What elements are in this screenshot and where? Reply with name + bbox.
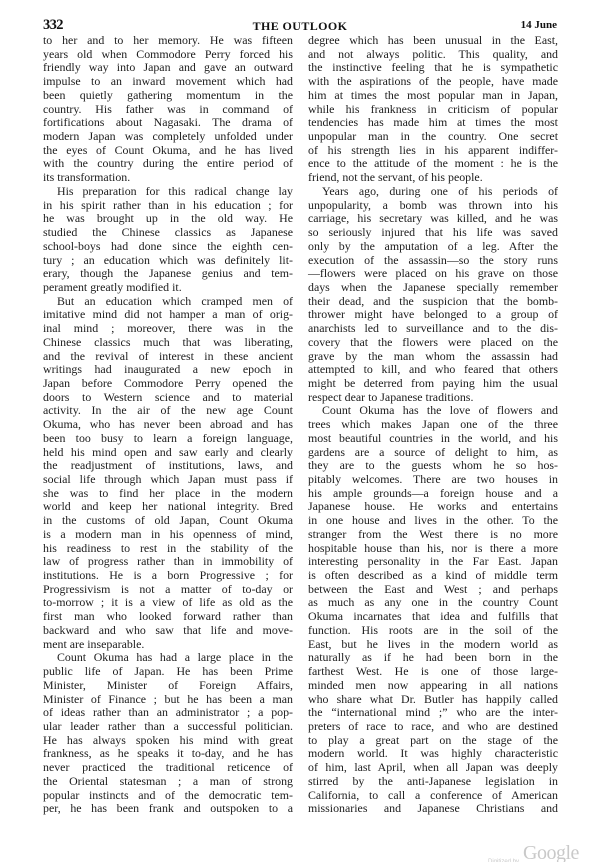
- text-line: law of progress rather than in immobilit…: [43, 555, 293, 569]
- text-line: the instinctive feeling that he is sympa…: [308, 61, 558, 75]
- text-line: per, he has been frank and outspoken to …: [43, 802, 293, 816]
- text-line: ence to the attitude of the moment : he …: [308, 157, 558, 171]
- text-line: who share what Dr. Butler has happily ca…: [308, 693, 558, 707]
- digitized-watermark: Digitized by Google: [488, 842, 579, 862]
- text-line: East, but he lives in the modern world a…: [308, 638, 558, 652]
- text-line: most beautiful countries in the world, a…: [308, 432, 558, 446]
- text-line: public life of Japan. He has been Prime: [43, 665, 293, 679]
- text-line: Progressivism is not a matter of to-day …: [43, 583, 293, 597]
- journal-title: THE OUTLOOK: [43, 19, 557, 34]
- text-line: his ample grounds—a foreign house and a: [308, 487, 558, 501]
- text-line: impulse to an inward movement which had: [43, 75, 293, 89]
- text-line: world and keep her national integrity. B…: [43, 500, 293, 514]
- text-line: is often described as a kind of middle t…: [308, 569, 558, 583]
- text-line: grave by the man whom the assassin had: [308, 350, 558, 364]
- left-column: to her and to her memory. He was fifteen…: [43, 34, 293, 816]
- text-line: preters of race to race, and who are des…: [308, 720, 558, 734]
- issue-date: 14 June: [521, 19, 557, 31]
- text-line: function. His roots are in the soil of t…: [308, 624, 558, 638]
- running-header: 332 THE OUTLOOK 14 June: [43, 17, 557, 33]
- text-line: him at times the most popular man in Jap…: [308, 89, 558, 103]
- text-line: stirred by the anti-Japanese legislation…: [308, 775, 558, 789]
- text-line: while his frankness in criticism of popu…: [308, 103, 558, 117]
- text-line: so seriously injured that his life was s…: [308, 226, 558, 240]
- text-line: perament greatly modified it.: [43, 281, 293, 295]
- text-line: his readiness to rest in the stability o…: [43, 542, 293, 556]
- text-line: ular leader rather than a successful pol…: [43, 720, 293, 734]
- text-line: as much as any one in the country Count: [308, 596, 558, 610]
- text-line: unpopular man in the country. One secret: [308, 130, 558, 144]
- text-line: execution of the assassin—so the story r…: [308, 254, 558, 268]
- text-line: respect dear to Japanese traditions.: [308, 391, 558, 405]
- text-line: first man who looked forward rather than: [43, 610, 293, 624]
- text-line: attempted to kill, and who feared that o…: [308, 363, 558, 377]
- text-line: days when the Japanese specially remembe…: [308, 281, 558, 295]
- text-line: Chinese classics much that was liberatin…: [43, 336, 293, 350]
- text-line: interesting personality in the Far East.…: [308, 555, 558, 569]
- text-line: writings had inaugurated a new epoch in: [43, 363, 293, 377]
- text-line: the “international mind ;” who are the i…: [308, 706, 558, 720]
- text-line: years old when Commodore Perry forced hi…: [43, 48, 293, 62]
- text-line: he was brought up in the old way. He: [43, 212, 293, 226]
- text-line: country. His father was in command of: [43, 103, 293, 117]
- text-line: in the customs of old Japan, Count Okuma: [43, 514, 293, 528]
- text-line: activity. In the air of the new age Coun…: [43, 404, 293, 418]
- text-line: been too busy to learn a foreign languag…: [43, 432, 293, 446]
- text-line: their dead, and the suspicion that the b…: [308, 295, 558, 309]
- text-line: Okuma incarnates that idea and fulfills …: [308, 610, 558, 624]
- text-line: pitably welcomes. There are two houses i…: [308, 473, 558, 487]
- text-line: might be deterred from paying him the us…: [308, 377, 558, 391]
- text-line: Count Okuma has the love of flowers and: [308, 404, 558, 418]
- text-line: Japanese house. He works and entertains: [308, 500, 558, 514]
- text-line: covery that the flowers were placed on t…: [308, 336, 558, 350]
- right-column: degree which has been unusual in the Eas…: [308, 34, 558, 816]
- text-line: erary, though the Japanese genius and te…: [43, 267, 293, 281]
- text-line: of ideas rather than an administrator ; …: [43, 706, 293, 720]
- text-line: with the aspirations of the people, have…: [308, 75, 558, 89]
- text-line: to her and to her memory. He was fifteen: [43, 34, 293, 48]
- text-line: the readjustment of institutions, laws, …: [43, 459, 293, 473]
- text-line: modern world. It was highly characterist…: [308, 747, 558, 761]
- text-line: He has always spoken his mind with great: [43, 734, 293, 748]
- text-line: unpopularity, a bomb was thrown into his: [308, 199, 558, 213]
- text-line: in his spirit rather than in his educati…: [43, 199, 293, 213]
- text-line: its transformation.: [43, 171, 293, 185]
- text-line: held his mind open and saw early and cle…: [43, 446, 293, 460]
- text-line: Minister of Finance ; but he has been a …: [43, 693, 293, 707]
- text-line: trees which makes Japan one of the three: [308, 418, 558, 432]
- text-line: gardens are a source of delight to him, …: [308, 446, 558, 460]
- text-line: only by the amputation of a leg. After t…: [308, 240, 558, 254]
- text-line: naturally as if he had been born in the: [308, 651, 558, 665]
- text-line: popular instincts and of the democratic …: [43, 789, 293, 803]
- text-line: stranger from the West there is no more: [308, 528, 558, 542]
- text-line: and the revival of interest in these anc…: [43, 350, 293, 364]
- text-line: the eyes of Count Okuma, and he has live…: [43, 144, 293, 158]
- text-line: ment are inseparable.: [43, 638, 293, 652]
- text-line: friendly way into Japan and gave an outw…: [43, 61, 293, 75]
- text-line: thrower might have belonged to a group o…: [308, 308, 558, 322]
- text-line: modern Japan was completely unfolded und…: [43, 130, 293, 144]
- text-line: studied the Chinese classics as Japanese: [43, 226, 293, 240]
- text-line: carriage, his secretary was killed, and …: [308, 212, 558, 226]
- text-line: inal mind ; moreover, there was in the: [43, 322, 293, 336]
- text-line: hospitable house than his, nor is there …: [308, 542, 558, 556]
- text-line: backward and who saw that life and move-: [43, 624, 293, 638]
- text-line: anarchists led to surveillance and to th…: [308, 322, 558, 336]
- text-line: with the country during the entire perio…: [43, 157, 293, 171]
- text-line: friend, not the servant, of his people.: [308, 171, 558, 185]
- text-line: in one house and lives in the other. To …: [308, 514, 558, 528]
- text-line: they are to the guests whom he so hos-: [308, 459, 558, 473]
- text-line: school-boys had done since the eighth ce…: [43, 240, 293, 254]
- text-line: His preparation for this radical change …: [43, 185, 293, 199]
- text-line: imitative mind did not hamper a man of o…: [43, 308, 293, 322]
- text-line: degree which has been unusual in the Eas…: [308, 34, 558, 48]
- text-line: social life through which Japan must pas…: [43, 473, 293, 487]
- text-line: tury ; an education which was definitely…: [43, 254, 293, 268]
- text-line: fortifications about Nagasaki. The drama…: [43, 116, 293, 130]
- text-line: tendencies has made him at times the mos…: [308, 116, 558, 130]
- text-line: doors to Western science and to material: [43, 391, 293, 405]
- text-line: she was to find her place in the modern: [43, 487, 293, 501]
- text-line: minded men now appearing in all nations: [308, 679, 558, 693]
- text-line: farthest West. He is one of those large-: [308, 665, 558, 679]
- text-line: of him, last April, when all Japan was d…: [308, 761, 558, 775]
- text-line: institutions. He is a born Progressive ;…: [43, 569, 293, 583]
- text-line: California, to call a conference of Amer…: [308, 789, 558, 803]
- text-line: to-morrow ; it is a view of life as old …: [43, 596, 293, 610]
- text-line: to play a great part on the stage of the: [308, 734, 558, 748]
- text-line: missionaries and Japanese Christians and: [308, 802, 558, 816]
- text-line: —flowers were placed on his grave on tho…: [308, 267, 558, 281]
- text-line: Years ago, during one of his periods of: [308, 185, 558, 199]
- text-line: Minister, Minister of Foreign Affairs,: [43, 679, 293, 693]
- text-line: been quietly gathering momentum in the: [43, 89, 293, 103]
- text-line: of his strength lies in his apparent ind…: [308, 144, 558, 158]
- text-line: is a modern man in his openness of mind,: [43, 528, 293, 542]
- text-line: But an education which cramped men of: [43, 295, 293, 309]
- text-line: frankness, as he speaks it to-day, and h…: [43, 747, 293, 761]
- text-line: Count Okuma has had a large place in the: [43, 651, 293, 665]
- text-line: the Oriental statesman ; a man of strong: [43, 775, 293, 789]
- google-logo-text: Google: [523, 842, 579, 862]
- text-line: Okuma, who has never been abroad and has: [43, 418, 293, 432]
- text-line: between the East and West ; and perhaps: [308, 583, 558, 597]
- text-line: Japan before Commodore Perry opened the: [43, 377, 293, 391]
- text-line: and not always politic. This quality, an…: [308, 48, 558, 62]
- text-line: never practiced the traditional reticenc…: [43, 761, 293, 775]
